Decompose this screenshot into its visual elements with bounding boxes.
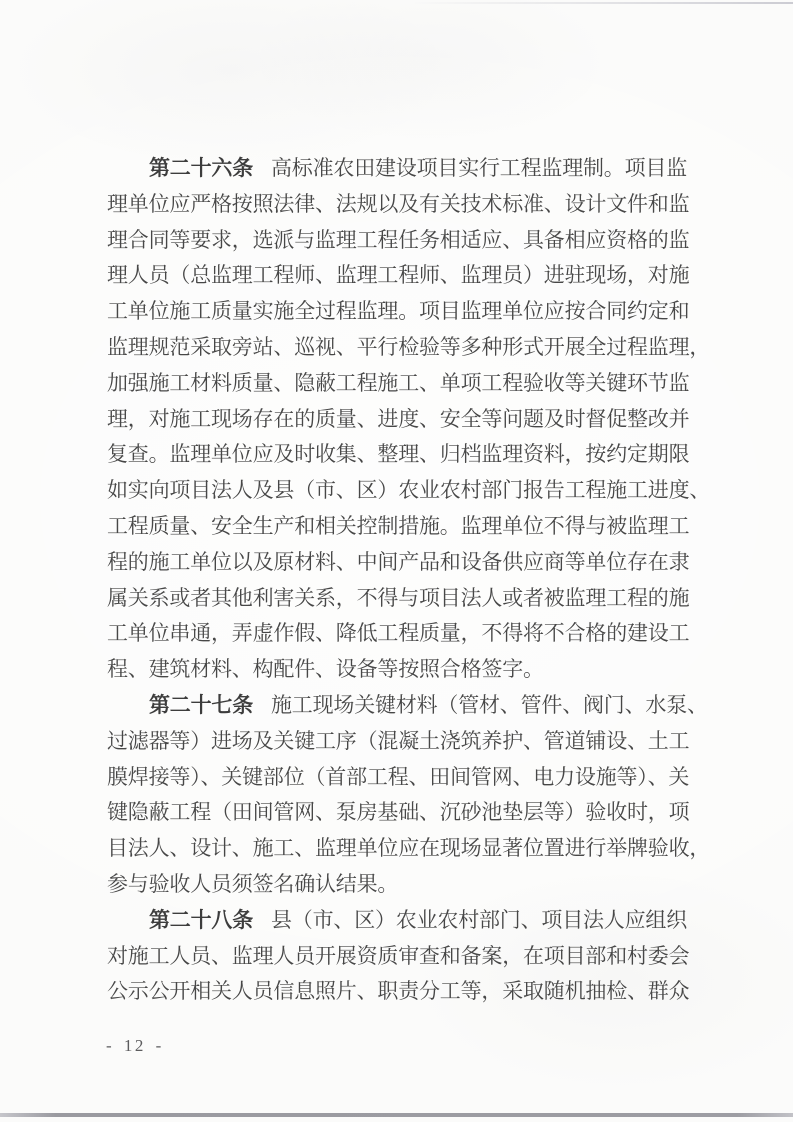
article-number: 第二十八条 (149, 909, 253, 932)
line-text: 膜焊接等）、关键部位（首部工程、田间管网、电力设施等）、关 (107, 765, 689, 789)
text-line: 工单位施工质量实施全过程监理。项目监理单位应按合同约定和 (107, 294, 689, 330)
text-line: 膜焊接等）、关键部位（首部工程、田间管网、电力设施等）、关 (107, 760, 689, 796)
text-line: 第二十七条施工现场关键材料（管材、管件、阀门、水泵、 (107, 688, 689, 724)
line-text: 工程质量、安全生产和相关控制措施。监理单位不得与被监理工 (107, 514, 689, 538)
line-text: 对施工人员、监理人员开展资质审查和备案，在项目部和村委会 (107, 944, 689, 968)
text-line: 对施工人员、监理人员开展资质审查和备案，在项目部和村委会 (107, 939, 689, 975)
text-line: 目法人、设计、施工、监理单位应在现场显著位置进行举牌验收， (107, 831, 689, 867)
line-text: 过滤器等）进场及关键工序（混凝土浇筑养护、管道铺设、土工 (107, 729, 689, 753)
line-text: 属关系或者其他利害关系，不得与项目法人或者被监理工程的施 (107, 586, 689, 610)
line-text: 工单位施工质量实施全过程监理。项目监理单位应按合同约定和 (107, 299, 689, 323)
text-line: 理，对施工现场存在的质量、进度、安全等问题及时督促整改并 (107, 402, 689, 438)
article-number: 第二十七条 (149, 694, 253, 717)
line-text: 工单位串通，弄虚作假、降低工程质量，不得将不合格的建设工 (107, 621, 689, 645)
text-line: 第二十六条高标准农田建设项目实行工程监理制。项目监 (107, 151, 689, 187)
text-line: 键隐蔽工程（田间管网、泵房基础、沉砂池垫层等）验收时，项 (107, 795, 689, 831)
line-text: 键隐蔽工程（田间管网、泵房基础、沉砂池垫层等）验收时，项 (107, 800, 689, 824)
line-text: 理，对施工现场存在的质量、进度、安全等问题及时督促整改并 (107, 407, 689, 431)
text-line: 公示公开相关人员信息照片、职责分工等，采取随机抽检、群众 (107, 974, 689, 1010)
text-line: 复查。监理单位应及时收集、整理、归档监理资料，按约定期限 (107, 437, 689, 473)
line-text: 公示公开相关人员信息照片、职责分工等，采取随机抽检、群众 (107, 979, 689, 1003)
text-line: 参与验收人员须签名确认结果。 (107, 867, 689, 903)
line-text: 复查。监理单位应及时收集、整理、归档监理资料，按约定期限 (107, 442, 689, 466)
line-text: 理合同等要求，选派与监理工程任务相适应、具备相应资格的监 (107, 228, 689, 252)
text-line: 过滤器等）进场及关键工序（混凝土浇筑养护、管道铺设、土工 (107, 724, 689, 760)
line-text: 加强施工材料质量、隐蔽工程施工、单项工程验收等关键环节监 (107, 371, 689, 395)
text-line: 理合同等要求，选派与监理工程任务相适应、具备相应资格的监 (107, 223, 689, 259)
line-text: 理人员（总监理工程师、监理工程师、监理员）进驻现场，对施 (107, 263, 689, 287)
scanned-page: { "page": { "footer_page_number": "- 12 … (0, 0, 793, 1122)
line-text: 程的施工单位以及原材料、中间产品和设备供应商等单位存在隶 (107, 550, 689, 574)
text-line: 属关系或者其他利害关系，不得与项目法人或者被监理工程的施 (107, 581, 689, 617)
page-footer-number: - 12 - (106, 1036, 164, 1056)
line-text: 监理规范采取旁站、巡视、平行检验等多种形式开展全过程监理， (107, 335, 710, 359)
line-text: 高标准农田建设项目实行工程监理制。项目监 (271, 156, 687, 180)
text-line: 第二十八条县（市、区）农业农村部门、项目法人应组织 (107, 903, 689, 939)
line-text: 参与验收人员须签名确认结果。 (107, 872, 398, 896)
page-top-edge (412, 2, 793, 4)
line-text: 如实向项目法人及县（市、区）农业农村部门报告工程施工进度、 (107, 478, 710, 502)
text-line: 如实向项目法人及县（市、区）农业农村部门报告工程施工进度、 (107, 473, 689, 509)
line-text: 目法人、设计、施工、监理单位应在现场显著位置进行举牌验收， (107, 836, 710, 860)
text-line: 工单位串通，弄虚作假、降低工程质量，不得将不合格的建设工 (107, 616, 689, 652)
text-line: 理人员（总监理工程师、监理工程师、监理员）进驻现场，对施 (107, 258, 689, 294)
line-text: 程、建筑材料、构配件、设备等按照合格签字。 (107, 657, 544, 681)
line-text: 理单位应严格按照法律、法规以及有关技术标准、设计文件和监 (107, 192, 689, 216)
page-bottom-edge (0, 1113, 793, 1117)
line-text: 施工现场关键材料（管材、管件、阀门、水泵、 (271, 693, 708, 717)
text-line: 监理规范采取旁站、巡视、平行检验等多种形式开展全过程监理， (107, 330, 689, 366)
line-text: 县（市、区）农业农村部门、项目法人应组织 (271, 908, 687, 932)
text-line: 程、建筑材料、构配件、设备等按照合格签字。 (107, 652, 689, 688)
text-line: 加强施工材料质量、隐蔽工程施工、单项工程验收等关键环节监 (107, 366, 689, 402)
text-line: 理单位应严格按照法律、法规以及有关技术标准、设计文件和监 (107, 187, 689, 223)
text-line: 工程质量、安全生产和相关控制措施。监理单位不得与被监理工 (107, 509, 689, 545)
document-text: 第二十六条高标准农田建设项目实行工程监理制。项目监理单位应严格按照法律、法规以及… (107, 151, 689, 1010)
article-number: 第二十六条 (149, 157, 253, 180)
text-line: 程的施工单位以及原材料、中间产品和设备供应商等单位存在隶 (107, 545, 689, 581)
